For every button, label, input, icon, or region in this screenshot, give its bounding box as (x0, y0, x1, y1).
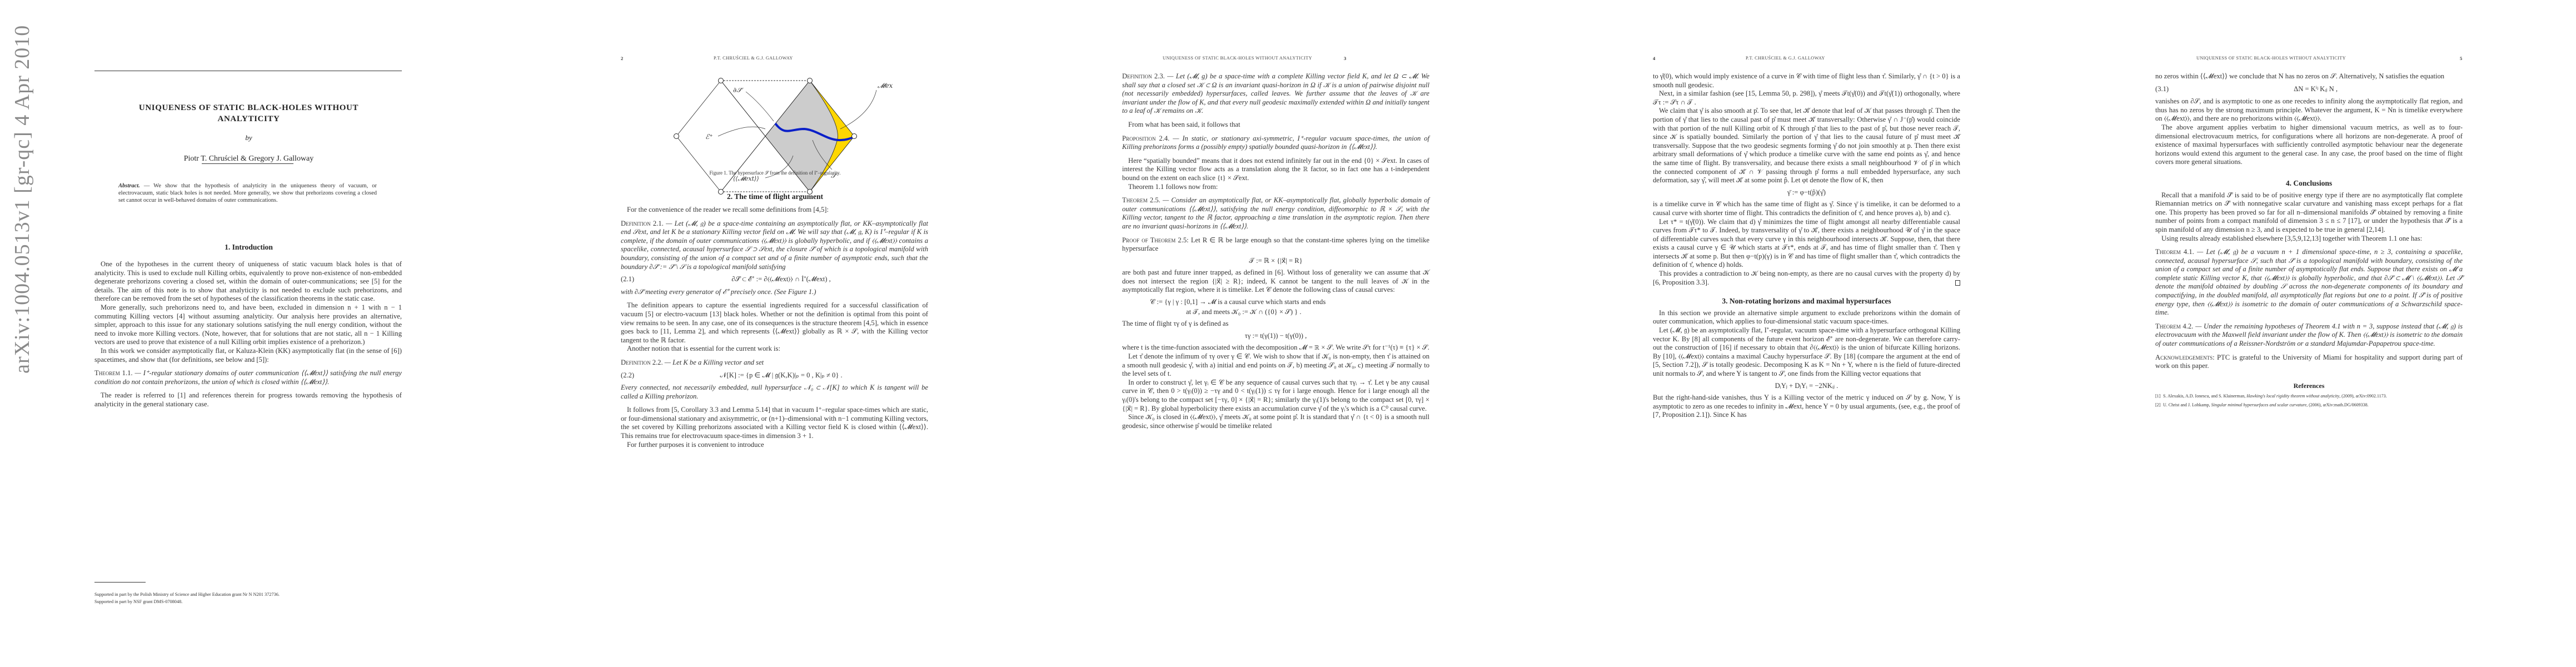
label-M-ext: 𝓜ext (878, 82, 893, 89)
theorem-text: — Let (𝓜, 𝔤) be a vacuum n + 1 dimension… (2155, 248, 2463, 316)
page-number: 2 (621, 56, 623, 61)
equation-number: (2.2) (621, 371, 634, 380)
title-line-2: ANALYTICITY (94, 113, 403, 125)
theorem-label: Theorem 2.5. (1122, 196, 1160, 204)
paragraph: where t is the time-function associated … (1122, 344, 1429, 352)
title-line-1: UNIQUENESS OF STATIC BLACK-HOLES WITHOUT (94, 102, 403, 113)
paragraph: Let (𝓜, 𝔤) be an asymptotically flat, I⁺… (1653, 326, 1960, 379)
page-3-body: Definition 2.3. — Let (𝓜, g) be a space-… (1122, 72, 1429, 430)
reference-authors: U. Christ and J. Lohkamp, (2163, 402, 2211, 407)
page-2: 2 P.T. CHRUŚCIEL & G.J. GALLOWAY ∂𝒮̄ 𝓜ex… (515, 0, 1030, 667)
paragraph: Another notion that is essential for the… (621, 345, 928, 354)
definition-text: — Let K be a Killing vector and set (663, 359, 764, 366)
references-heading: References (2155, 382, 2463, 391)
equation-C-line2: at 𝒯, and meets 𝒦₀ := 𝒦 ∩ ({0} × 𝒮) } . (1122, 308, 1429, 317)
arxiv-stamp-column: arXiv:1004.0513v1 [gr-qc] 4 Apr 2010 (0, 0, 39, 667)
page-4: 4 P.T. CHRUŚCIEL & G.J. GALLOWAY to γ̊(0… (1546, 0, 2061, 667)
paragraph-text: This provides a contradiction to 𝒦 being… (1653, 270, 1960, 286)
abstract-text: — We show that the hypothesis of analyti… (118, 183, 377, 203)
qed-box-icon (1955, 280, 1960, 286)
abstract-label: Abstract. (118, 183, 140, 189)
equation-gamma-bar: γ̄ := φ−t(p̂)(γ̂) (1653, 188, 1960, 197)
paragraph: vanishes on ∂𝒮, and is asymptotic to one… (2155, 97, 2463, 123)
paper-title: UNIQUENESS OF STATIC BLACK-HOLES WITHOUT… (94, 102, 403, 125)
theorem-label: Theorem 4.1. (2155, 248, 2194, 256)
label-E-plus: ℰ⁺ (705, 133, 713, 141)
section-3-heading: 3. Non-rotating horizons and maximal hyp… (1653, 297, 1960, 306)
paragraph: The above argument applies verbatim to h… (2155, 123, 2463, 167)
section-2-heading: 2. The time of flight argument (621, 192, 929, 201)
theorem-4-1: Theorem 4.1. — Let (𝓜, 𝔤) be a vacuum n … (2155, 248, 2463, 317)
reference-item: [2]U. Christ and J. Lohkamp, Singular mi… (2155, 401, 2463, 409)
paragraph: Using results already established elsewh… (2155, 235, 2463, 243)
paragraph: Next, in a similar fashion (see [15, Lem… (1653, 89, 1960, 107)
equation-T: 𝒯 := ℝ × {|x⃗| = R} (1122, 257, 1429, 266)
page-number: 5 (2460, 56, 2462, 61)
authors: Piotr T. Chruściel & Gregory J. Galloway (94, 155, 403, 163)
equation-body: ΔN = Kⁱʲ Kᵢⱼ N , (2294, 85, 2338, 94)
theorem-text: — I⁺-regular stationary domains of outer… (94, 369, 402, 386)
running-head: UNIQUENESS OF STATIC BLACK-HOLES WITHOUT… (2196, 56, 2346, 61)
page-1-body: One of the hypotheses in the current the… (94, 260, 402, 409)
paragraph: The reader is referred to [1] and refere… (94, 391, 402, 409)
equation-2-2: (2.2)𝒩[K] := {p ∈ 𝓜 | 𝔤(K,K)|ₚ = 0 , K|ₚ… (621, 371, 928, 380)
proposition-label: Proposition 2.4. (1122, 135, 1169, 142)
figure-1-penrose-diagram: ∂𝒮̄ 𝓜ext ℰ⁺ ⟨⟨𝓜ext⟩⟩ 𝒮 (671, 78, 893, 200)
definition-label: Definition 2.3. (1122, 72, 1165, 80)
paragraph: In order to construct γ̊, let γᵢ ∈ 𝒞 be … (1122, 379, 1429, 413)
page-5: UNIQUENESS OF STATIC BLACK-HOLES WITHOUT… (2061, 0, 2576, 667)
paragraph: The time of flight τγ of γ is defined as (1122, 320, 1429, 328)
section-4-heading: 4. Conclusions (2155, 179, 2463, 188)
abstract: Abstract. — We show that the hypothesis … (118, 182, 377, 204)
paragraph: In this work we consider asymptotically … (94, 347, 402, 364)
paragraph: no zeros within ⟨⟨𝓜ext⟩⟩ we conclude tha… (2155, 72, 2463, 81)
paragraph: In this section we provide an alternativ… (1653, 309, 1960, 326)
definition-2-1: Definition 2.1. — Let (𝓜, 𝔤) be a space-… (621, 220, 928, 272)
paragraph: One of the hypotheses in the current the… (94, 260, 402, 303)
reference-title: Hawking's local rigidity theorem without… (2246, 394, 2339, 399)
paragraph: to γ̊(0), which would imply existence of… (1653, 72, 1960, 89)
paragraph: We claim that γ̊ is also smooth at p̊. T… (1653, 107, 1960, 185)
title-top-rule (94, 71, 402, 71)
paragraph: For the convenience of the reader we rec… (621, 206, 928, 215)
footnote-2: Supported in part by NSF grant DMS-07080… (94, 598, 402, 605)
page-number: 3 (1344, 56, 1346, 61)
paragraph: Since 𝒦₀ is closed in ⟨⟨𝓜ext⟩⟩, γ̊ meets… (1122, 413, 1429, 430)
definition-text: — Let (𝓜, g) be a space-time with a comp… (1122, 72, 1429, 115)
definition-2-2: Definition 2.2. — Let K be a Killing vec… (621, 359, 928, 367)
footnotes: Supported in part by the Polish Ministry… (94, 591, 402, 605)
footnote-rule (94, 582, 146, 583)
running-head: UNIQUENESS OF STATIC BLACK-HOLES WITHOUT… (1163, 56, 1312, 61)
running-head: P.T. CHRUŚCIEL & G.J. GALLOWAY (714, 56, 793, 61)
equation-2-1: (2.1)∂𝒮̄ ⊂ ℰ⁺ := ∂⟨⟨𝓜ext⟩⟩ ∩ İ⁺(𝓜ext) , (621, 275, 928, 284)
proof-theorem-2-5: Proof of Theorem 2.5: Let R ∈ ℝ be large… (1122, 236, 1429, 253)
references-list: [1]S. Alexakis, A.D. Ionescu, and S. Kla… (2155, 392, 2463, 409)
acknowledgements-label: Acknowledgements: (2155, 354, 2215, 361)
paragraph: is a timelike curve in 𝒞 which has the s… (1653, 200, 1960, 217)
reference-title: Singular minimal hypersurfaces and scala… (2211, 402, 2306, 407)
definition-label: Definition 2.1. (621, 220, 664, 227)
footnote-1: Supported in part by the Polish Ministry… (94, 591, 402, 598)
equation-C-line1: 𝒞 := {γ | γ : [0,1] → 𝓜 is a causal curv… (1122, 298, 1429, 307)
page-2-body: For the convenience of the reader we rec… (621, 206, 928, 449)
arxiv-stamp: arXiv:1004.0513v1 [gr-qc] 4 Apr 2010 (10, 25, 34, 374)
definition-tail: with ∂𝒮̄ meeting every generator of ℰ⁺ p… (621, 288, 928, 297)
theorem-2-5: Theorem 2.5. — Consider an asymptoticall… (1122, 196, 1429, 231)
paragraph: Let τ̊ denote the infimum of τγ over γ ∈… (1122, 352, 1429, 379)
theorem-label: Theorem 1.1. (94, 369, 133, 377)
paragraph: But the right-hand-side vanishes, thus Y… (1653, 394, 1960, 420)
paragraph: This provides a contradiction to 𝒦 being… (1653, 270, 1960, 287)
paragraph: Let τ* = t(γ̊(0)). We claim that d) γ̊ m… (1653, 218, 1960, 270)
definition-label: Definition 2.2. (621, 359, 663, 366)
section-1-heading: 1. Introduction (94, 243, 403, 252)
paragraph: Here “spatially bounded” means that it d… (1122, 157, 1429, 183)
equation-3-1: (3.1)ΔN = Kⁱʲ Kᵢⱼ N , (2155, 85, 2463, 94)
theorem-1-1: Theorem 1.1. — I⁺-regular stationary dom… (94, 369, 402, 386)
reference-authors: S. Alexakis, A.D. Ionescu, and S. Klaine… (2163, 394, 2246, 399)
equation-killing: DᵢYⱼ + DⱼYᵢ = −2NKᵢⱼ . (1653, 382, 1960, 391)
definition-text: — Let (𝓜, 𝔤) be a space-time containing … (621, 220, 928, 271)
authors-rule (202, 163, 293, 164)
page-number: 4 (1653, 56, 1655, 61)
theorem-4-2: Theorem 4.2. — Under the remaining hypot… (2155, 322, 2463, 349)
reference-details: , (2006), arXiv:math.DG/0609338. (2306, 402, 2369, 407)
paragraph: For further purposes it is convenient to… (621, 441, 928, 450)
theorem-label: Theorem 4.2. (2155, 322, 2193, 330)
definition-2-3: Definition 2.3. — Let (𝓜, g) be a space-… (1122, 72, 1429, 116)
paragraph: From what has been said, it follows that (1122, 121, 1429, 130)
theorem-text: — Under the remaining hypotheses of Theo… (2155, 322, 2463, 347)
figure-caption: Figure 1. The hypersurface 𝒮 from the de… (621, 170, 929, 176)
reference-item: [1]S. Alexakis, A.D. Ionescu, and S. Kla… (2155, 392, 2463, 400)
equation-body: 𝒩[K] := {p ∈ 𝓜 | 𝔤(K,K)|ₚ = 0 , K|ₚ ≠ 0}… (720, 371, 842, 380)
paragraph: Recall that a manifold 𝒮̂ is said to be … (2155, 191, 2463, 235)
proof-label: Proof of Theorem 2.5: (1122, 236, 1189, 244)
page-4-body: to γ̊(0), which would imply existence of… (1653, 72, 1960, 420)
equation-number: (3.1) (2155, 85, 2169, 94)
paragraph: It follows from [5, Corollary 3.3 and Le… (621, 406, 928, 440)
page-1: arXiv:1004.0513v1 [gr-qc] 4 Apr 2010 UNI… (0, 0, 515, 667)
theorem-text: — Consider an asymptotically flat, or KK… (1122, 196, 1429, 230)
reference-details: , (2009), arXiv:0902.1173. (2339, 394, 2386, 399)
running-head: P.T. CHRUŚCIEL & G.J. GALLOWAY (1746, 56, 1825, 61)
reference-number: [1] (2155, 392, 2163, 400)
paragraph: More generally, such prehorizons need to… (94, 303, 402, 347)
definition-tail: Every connected, not necessarily embedde… (621, 384, 928, 401)
equation-tau: τγ := t(γ(1)) − t(γ(0)) , (1122, 332, 1429, 341)
paragraph: are both past and future inner trapped, … (1122, 268, 1429, 295)
reference-number: [2] (2155, 401, 2163, 409)
by-line: by (94, 133, 403, 142)
page-3: UNIQUENESS OF STATIC BLACK-HOLES WITHOUT… (1030, 0, 1546, 667)
paragraph: Theorem 1.1 follows now from: (1122, 183, 1429, 192)
acknowledgements: Acknowledgements: PTC is grateful to the… (2155, 354, 2463, 371)
paragraph: The definition appears to capture the es… (621, 301, 928, 345)
equation-number: (2.1) (621, 275, 634, 284)
label-boundary-S: ∂𝒮̄ (733, 86, 744, 94)
page-5-body: no zeros within ⟨⟨𝓜ext⟩⟩ we conclude tha… (2155, 72, 2463, 410)
equation-body: ∂𝒮̄ ⊂ ℰ⁺ := ∂⟨⟨𝓜ext⟩⟩ ∩ İ⁺(𝓜ext) , (731, 275, 830, 284)
proposition-2-4: Proposition 2.4. — In static, or station… (1122, 135, 1429, 152)
